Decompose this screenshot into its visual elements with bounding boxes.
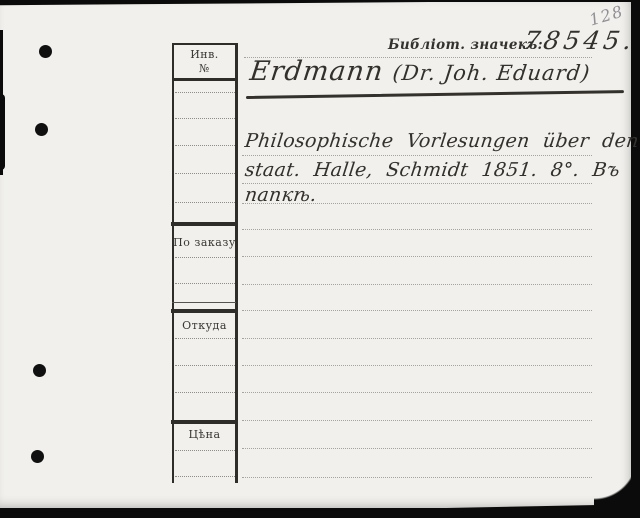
- scanned-catalog-card: Инв. № По заказу Откуда Цѣна Библіот. зн…: [0, 0, 640, 518]
- entry-line-2: staat. Halle, Schmidt 1851. 8°. Въ: [244, 159, 622, 181]
- inventory-number-sign: №: [172, 62, 237, 75]
- ruled-line: [242, 284, 592, 285]
- column-ruled-line: [175, 173, 235, 174]
- column-ruled-line: [175, 450, 235, 451]
- column-ruled-line: [175, 392, 235, 393]
- section-thin-line: [172, 302, 236, 303]
- ruled-line: [242, 338, 592, 339]
- column-ruled-line: [175, 257, 235, 258]
- punch-hole: [31, 450, 44, 463]
- ruled-line: [242, 420, 592, 421]
- section-divider: [171, 222, 237, 226]
- punch-hole: [35, 123, 48, 136]
- column-ruled-line: [175, 202, 235, 203]
- column-ruled-line: [175, 92, 235, 93]
- price-label: Цѣна: [172, 428, 237, 441]
- column-ruled-line: [175, 118, 235, 119]
- author-detail: (Dr. Joh. Eduard): [391, 61, 591, 85]
- punch-hole: [33, 364, 46, 377]
- column-border-top: [172, 43, 237, 45]
- column-border-right: [235, 43, 238, 483]
- section-divider: [171, 309, 237, 313]
- section-divider: [171, 420, 237, 424]
- scan-edge-right: [631, 0, 640, 518]
- column-ruled-line: [175, 338, 235, 339]
- punch-hole: [39, 45, 52, 58]
- ruled-line: [242, 365, 592, 366]
- ruled-line: [242, 448, 592, 449]
- ruled-line: [242, 229, 592, 230]
- card-corner-bottom-right: [594, 456, 640, 518]
- column-ruled-line: [175, 283, 235, 284]
- ruled-line: [242, 310, 592, 311]
- library-mark-label: Библіот. значекъ:: [388, 37, 543, 53]
- ruled-line: [242, 392, 592, 393]
- entry-line-3: папкѣ.: [244, 184, 318, 206]
- ruled-line: [242, 256, 592, 257]
- inventory-number-label: Инв.: [172, 48, 237, 61]
- by-order-label: По заказу: [172, 236, 237, 249]
- column-ruled-line: [175, 476, 235, 477]
- author-heading: Erdmann (Dr. Joh. Eduard): [248, 56, 592, 87]
- library-mark-number: 78545.: [521, 26, 638, 55]
- author-name: Erdmann: [248, 56, 385, 87]
- column-ruled-line: [175, 365, 235, 366]
- origin-label: Откуда: [172, 319, 237, 332]
- inventory-header-divider: [172, 78, 237, 81]
- ruled-line: [242, 477, 592, 478]
- ruled-line: [242, 155, 592, 156]
- column-border-left: [172, 43, 174, 483]
- entry-line-1: Philosophische Vorlesungen über den: [244, 130, 640, 152]
- scan-edge-left-bulge: [0, 94, 5, 170]
- column-ruled-line: [175, 145, 235, 146]
